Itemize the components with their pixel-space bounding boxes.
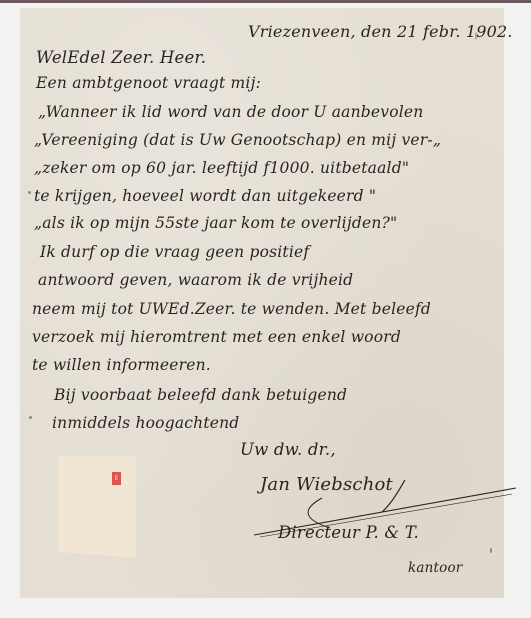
paper-speck — [29, 416, 32, 419]
body-line: antwoord geven, waarom ik de vrijheid — [38, 271, 353, 289]
body-line: „zeker om op 60 jar. leeftijd f1000. uit… — [34, 159, 409, 177]
letter-card: Vriezenveen, den 21 febr. 1902. WelEdel … — [20, 8, 504, 598]
body-line: neem mij tot UWEd.Zeer. te wenden. Met b… — [32, 300, 431, 318]
body-line: „Wanneer ik lid word van de door U aanbe… — [38, 103, 423, 121]
paper-speck — [490, 548, 492, 553]
closing: Uw dw. dr., — [240, 440, 336, 459]
salutation: WelEdel Zeer. Heer. — [36, 48, 206, 67]
office-label: kantoor — [408, 560, 462, 576]
body-line: te krijgen, hoeveel wordt dan uitgekeerd… — [34, 187, 376, 205]
body-line: Ik durf op die vraag geen positief — [40, 243, 309, 261]
signature: Jan Wiebschot — [260, 474, 393, 495]
paper-speck — [28, 191, 31, 194]
body-line: inmiddels hoogachtend — [52, 414, 239, 432]
perforated-edge-right — [501, 8, 507, 598]
body-line: „als ik op mijn 55ste jaar kom te overli… — [34, 214, 397, 232]
body-line: „Vereeniging (dat is Uw Genootschap) en … — [34, 131, 441, 149]
stamp-remnant: E — [58, 456, 136, 558]
body-line: te willen informeeren. — [32, 356, 211, 374]
body-line: verzoek mij hieromtrent met een enkel wo… — [32, 328, 401, 346]
body-line: Een ambtgenoot vraagt mij: — [36, 74, 261, 92]
date-line: Vriezenveen, den 21 febr. 1902. — [248, 22, 513, 41]
paper-speck — [475, 32, 477, 40]
stamp-red-mark: E — [112, 472, 121, 485]
document-scan: Vriezenveen, den 21 febr. 1902. WelEdel … — [0, 0, 531, 618]
body-line: Bij voorbaat beleefd dank betuigend — [54, 386, 347, 404]
perforated-edge-bottom — [20, 595, 504, 601]
perforated-edge-left — [17, 8, 23, 598]
signer-title: Directeur P. & T. — [278, 523, 419, 542]
scan-top-edge — [0, 0, 531, 3]
perforated-edge-top — [20, 5, 504, 11]
